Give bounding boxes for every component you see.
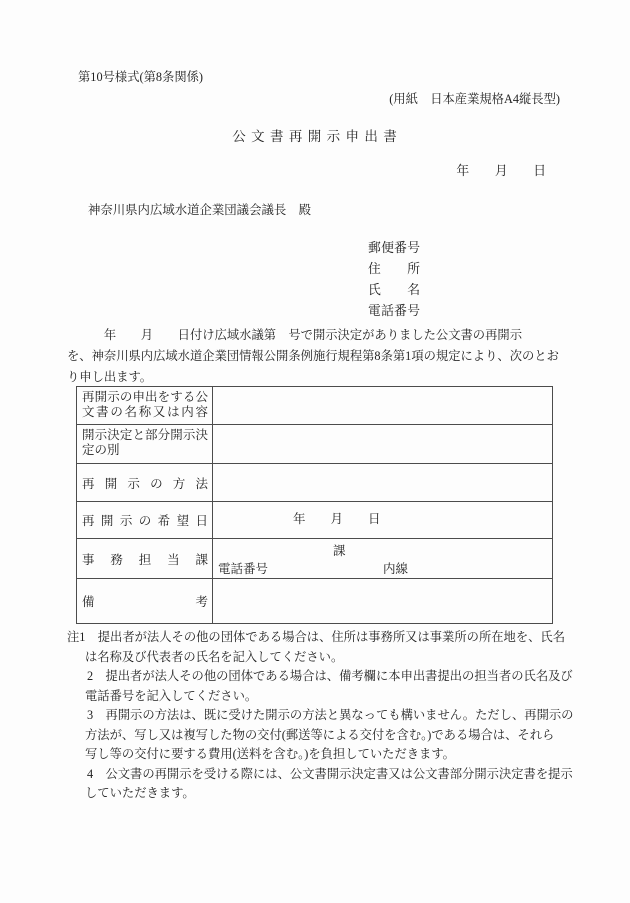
row-value-redisclosure-method [213, 464, 552, 501]
office-phone-line: 電話番号内線 [213, 560, 552, 578]
paragraph-line: を、神奈川県内広域水道企業団情報公開条例施行規程第8条第1項の規定により、次のと… [67, 346, 567, 367]
addressee-line: 神奈川県内広域水道企業団議会議長 殿 [88, 201, 311, 220]
row-label-text: 備考 [82, 595, 208, 610]
applicant-contact-block: 郵便番号 住所 氏名 電話番号 [368, 238, 420, 322]
postal-code-label: 郵便番号 [368, 238, 420, 259]
office-phone-label: 電話番号 [218, 562, 268, 576]
table-row-remarks: 備考 [77, 578, 552, 623]
row-value-desired-date: 年 月 日 [213, 502, 552, 538]
phone-row: 電話番号 [368, 301, 420, 322]
table-row-decision-type: 開示決定と部分開示決定の別 [77, 424, 552, 463]
table-row-office-in-charge: 事務担当課 課 電話番号内線 [77, 538, 552, 578]
table-row-document-name: 再開示の申出をする公文書の名称又は内容 [77, 387, 552, 424]
row-label-office-in-charge: 事務担当課 [77, 539, 213, 578]
row-label-remarks: 備考 [77, 579, 213, 623]
application-paragraph: 年 月 日付け広域水議第 号で開示決定がありました公文書の再開示 を、神奈川県内… [67, 325, 567, 388]
name-row: 氏名 [368, 280, 420, 301]
name-label: 氏名 [368, 280, 420, 301]
desired-date-placeholder: 年 月 日 [213, 510, 381, 529]
document-page: 第10号様式(第8条関係) (用紙 日本産業規格A4縦長型) 公 文 書 再 開… [0, 0, 630, 903]
row-label-text: 再開示の方法 [82, 477, 208, 492]
note-line: 電話番号を記入してください。 [67, 687, 573, 707]
row-label-redisclosure-method: 再開示の方法 [77, 464, 213, 501]
row-label-document-name: 再開示の申出をする公文書の名称又は内容 [77, 387, 213, 424]
form-number: 第10号様式(第8条関係) [78, 68, 203, 87]
row-value-remarks [213, 579, 552, 623]
note-line: は名称及び代表者の氏名を記入してください。 [67, 648, 573, 668]
row-label-text: 事務担当課 [82, 553, 208, 568]
row-value-office-in-charge: 課 電話番号内線 [213, 539, 552, 578]
postal-code-row: 郵便番号 [368, 238, 420, 259]
row-label-decision-type: 開示決定と部分開示決定の別 [77, 425, 213, 463]
table-row-desired-date: 再開示の希望日 年 月 日 [77, 501, 552, 538]
phone-label: 電話番号 [368, 301, 420, 322]
submission-date-line: 年 月 日 [456, 162, 546, 182]
extension-label: 内線 [383, 562, 408, 576]
notes-block: 注1 提出者が法人その他の団体である場合は、住所は事務所又は事業所の所在地を、氏… [67, 628, 573, 804]
section-suffix-label: 課 [333, 544, 346, 558]
row-value-document-name [213, 387, 552, 424]
address-label: 住所 [368, 259, 420, 280]
row-value-decision-type [213, 425, 552, 463]
row-label-text: 再開示の希望日 [82, 514, 208, 529]
note-line: 4 公文書の再開示を受ける際には、公文書開示決定書又は公文書部分開示決定書を提示 [67, 765, 573, 785]
paragraph-line: り申し出ます。 [67, 367, 567, 388]
note-line: 写し等の交付に要する費用(送料を含む。)を負担していただきます。 [67, 745, 573, 765]
note-line: していただきます。 [67, 784, 573, 804]
note-line: 方法が、写し又は複写した物の交付(郵送等による交付を含む。)である場合は、それら [67, 726, 573, 746]
address-row: 住所 [368, 259, 420, 280]
section-suffix-line: 課 [213, 542, 552, 560]
document-title: 公 文 書 再 開 示 申 出 書 [0, 127, 630, 148]
application-table: 再開示の申出をする公文書の名称又は内容 開示決定と部分開示決定の別 再開示の方法… [76, 386, 553, 624]
table-row-redisclosure-method: 再開示の方法 [77, 463, 552, 501]
note-line: 2 提出者が法人その他の団体である場合は、備考欄に本申出書提出の担当者の氏名及び [67, 667, 573, 687]
paragraph-line: 年 月 日付け広域水議第 号で開示決定がありました公文書の再開示 [67, 325, 567, 346]
paper-spec-note: (用紙 日本産業規格A4縦長型) [389, 90, 560, 109]
note-line: 注1 提出者が法人その他の団体である場合は、住所は事務所又は事業所の所在地を、氏… [67, 628, 573, 648]
note-line: 3 再開示の方法は、既に受けた開示の方法と異なっても構いません。ただし、再開示の [67, 706, 573, 726]
row-label-desired-date: 再開示の希望日 [77, 502, 213, 538]
